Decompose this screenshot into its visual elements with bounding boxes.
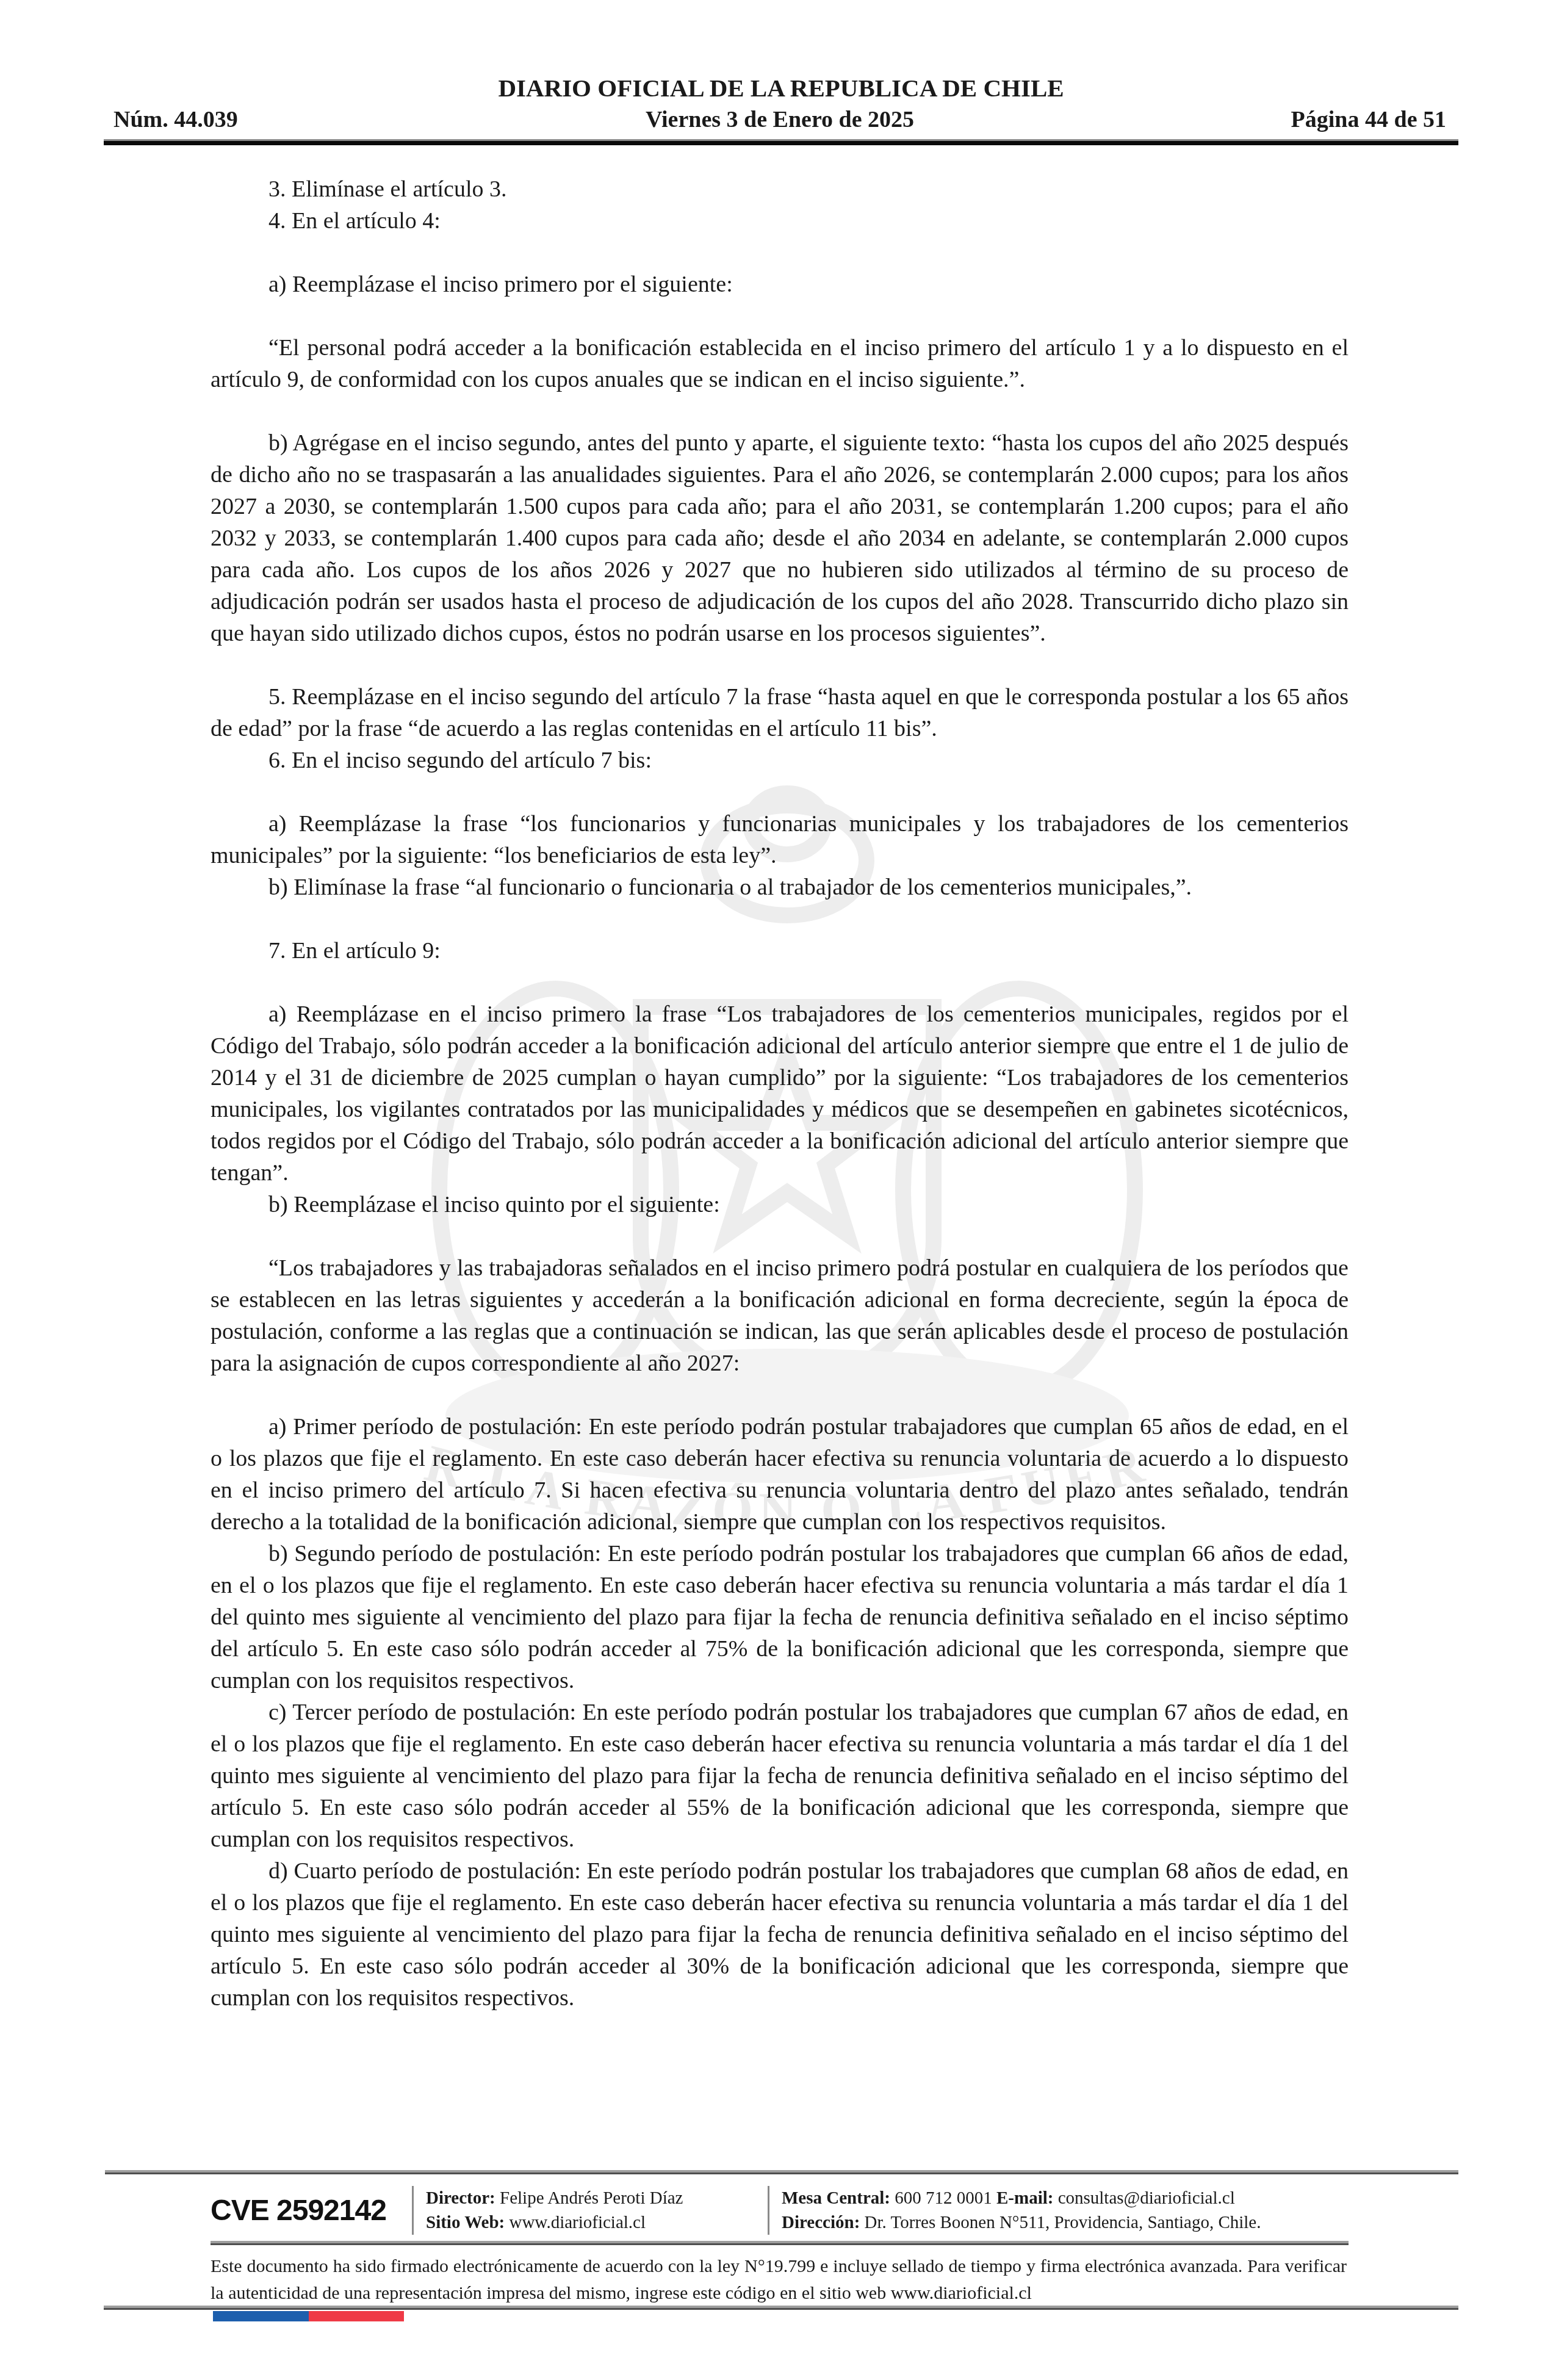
footer-top-rule	[105, 2170, 1458, 2174]
body-paragraph: c) Tercer período de postulación: En est…	[211, 1697, 1349, 1855]
director-label: Director:	[426, 2188, 495, 2208]
email-label: E-mail:	[996, 2188, 1053, 2208]
chile-flag-bar	[213, 2311, 404, 2321]
mesa-value: 600 712 0001	[895, 2188, 992, 2208]
masthead-row: Núm. 44.039 Viernes 3 de Enero de 2025 P…	[113, 106, 1446, 135]
issue-date: Viernes 3 de Enero de 2025	[113, 106, 1446, 133]
sitio-line: Sitio Web: www.diarioficial.cl	[426, 2210, 755, 2235]
header-rule	[104, 139, 1458, 145]
body-paragraph: 3. Elimínase el artículo 3.	[211, 173, 1349, 205]
body-paragraph: 4. En el artículo 4:	[211, 205, 1349, 237]
masthead-title: DIARIO OFICIAL DE LA REPUBLICA DE CHILE	[104, 73, 1458, 103]
body-paragraph: b) Agrégase en el inciso segundo, antes …	[211, 427, 1349, 649]
body-paragraph: 6. En el inciso segundo del artículo 7 b…	[211, 745, 1349, 776]
flag-blue-segment	[213, 2311, 309, 2321]
direccion-value: Dr. Torres Boonen N°511, Providencia, Sa…	[865, 2213, 1261, 2232]
sitio-label: Sitio Web:	[426, 2213, 505, 2232]
gazette-document: POR LA RAZÓN O LA FUERZA DIARIO OFICIAL …	[0, 0, 1556, 2380]
direccion-line: Dirección: Dr. Torres Boonen N°511, Prov…	[782, 2210, 1261, 2235]
footer-contact-block: Mesa Central: 600 712 0001 E-mail: consu…	[769, 2186, 1273, 2235]
director-value: Felipe Andrés Peroti Díaz	[500, 2188, 683, 2208]
body-paragraph: “El personal podrá acceder a la bonifica…	[211, 332, 1349, 395]
legal-notice: Este documento ha sido firmado electróni…	[211, 2253, 1347, 2307]
body-paragraph: b) Segundo período de postulación: En es…	[211, 1538, 1349, 1697]
body-paragraph: b) Reemplázase el inciso quinto por el s…	[211, 1189, 1349, 1221]
flag-red-segment	[309, 2311, 404, 2321]
body-paragraph: a) Reemplázase la frase “los funcionario…	[211, 808, 1349, 871]
body-paragraph: b) Elimínase la frase “al funcionario o …	[211, 871, 1349, 903]
mesa-line: Mesa Central: 600 712 0001 E-mail: consu…	[782, 2186, 1261, 2210]
cve-code: CVE 2592142	[211, 2194, 412, 2227]
body-paragraph: “Los trabajadores y las trabajadoras señ…	[211, 1252, 1349, 1379]
footer-director-block: Director: Felipe Andrés Peroti Díaz Siti…	[414, 2186, 768, 2235]
body-paragraph: 5. Reemplázase en el inciso segundo del …	[211, 681, 1349, 745]
gazette-page: { "header": { "title": "DIARIO OFICIAL D…	[0, 0, 1556, 2380]
mesa-label: Mesa Central:	[782, 2188, 890, 2208]
body-paragraph: a) Primer período de postulación: En est…	[211, 1411, 1349, 1538]
direccion-label: Dirección:	[782, 2213, 860, 2232]
sitio-value: www.diarioficial.cl	[509, 2213, 646, 2232]
email-value: consultas@diarioficial.cl	[1058, 2188, 1235, 2208]
footer-middle-rule	[211, 2241, 1349, 2245]
body-paragraph: a) Reemplázase el inciso primero por el …	[211, 269, 1349, 300]
body-paragraph: d) Cuarto período de postulación: En est…	[211, 1855, 1349, 2014]
document-body: 3. Elimínase el artículo 3.4. En el artí…	[211, 173, 1349, 2014]
footer-info-bar: CVE 2592142 Director: Felipe Andrés Pero…	[211, 2185, 1349, 2236]
body-paragraph: a) Reemplázase en el inciso primero la f…	[211, 998, 1349, 1189]
director-line: Director: Felipe Andrés Peroti Díaz	[426, 2186, 755, 2210]
body-paragraph: 7. En el artículo 9:	[211, 935, 1349, 967]
page-indicator: Página 44 de 51	[1291, 106, 1446, 133]
